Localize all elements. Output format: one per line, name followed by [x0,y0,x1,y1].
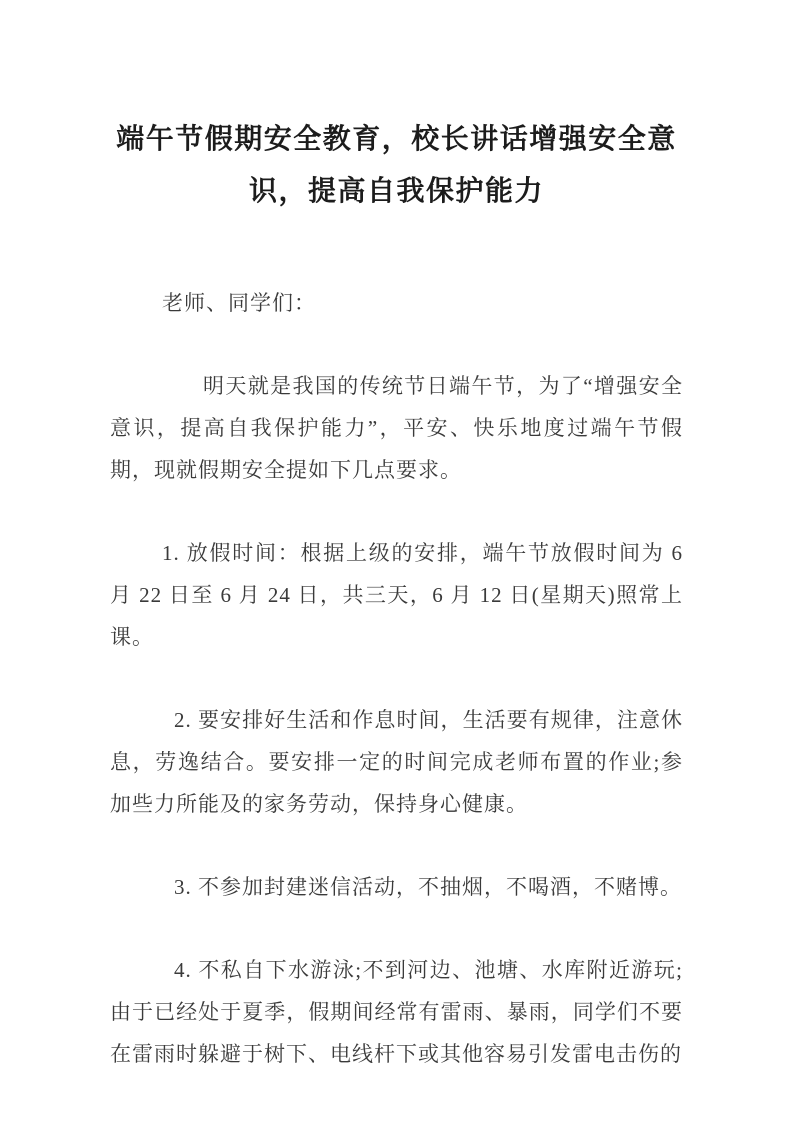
paragraph-item-1: 1. 放假时间：根据上级的安排，端午节放假时间为 6 月 22 日至 6 月 2… [110,532,683,658]
document-title-line-1: 端午节假期安全教育，校长讲话增强安全意 [110,114,683,166]
document-title-line-2: 识，提高自我保护能力 [110,166,683,218]
paragraph-item-3: 3. 不参加封建迷信活动，不抽烟，不喝酒，不赌博。 [110,866,683,908]
document-body: 老师、同学们： 明天就是我国的传统节日端午节，为了“增强安全意识，提高自我保护能… [110,282,683,1075]
paragraph-item-4: 4. 不私自下水游泳;不到河边、池塘、水库附近游玩;由于已经处于夏季，假期间经常… [110,949,683,1075]
paragraph-item-2: 2. 要安排好生活和作息时间，生活要有规律，注意休息，劳逸结合。要安排一定的时间… [110,699,683,825]
greeting-line: 老师、同学们： [110,282,683,324]
document-title: 端午节假期安全教育，校长讲话增强安全意 识，提高自我保护能力 [110,114,683,218]
paragraph-intro: 明天就是我国的传统节日端午节，为了“增强安全意识，提高自我保护能力”，平安、快乐… [110,365,683,491]
document-page: 端午节假期安全教育，校长讲话增强安全意 识，提高自我保护能力 老师、同学们： 明… [0,0,793,1122]
